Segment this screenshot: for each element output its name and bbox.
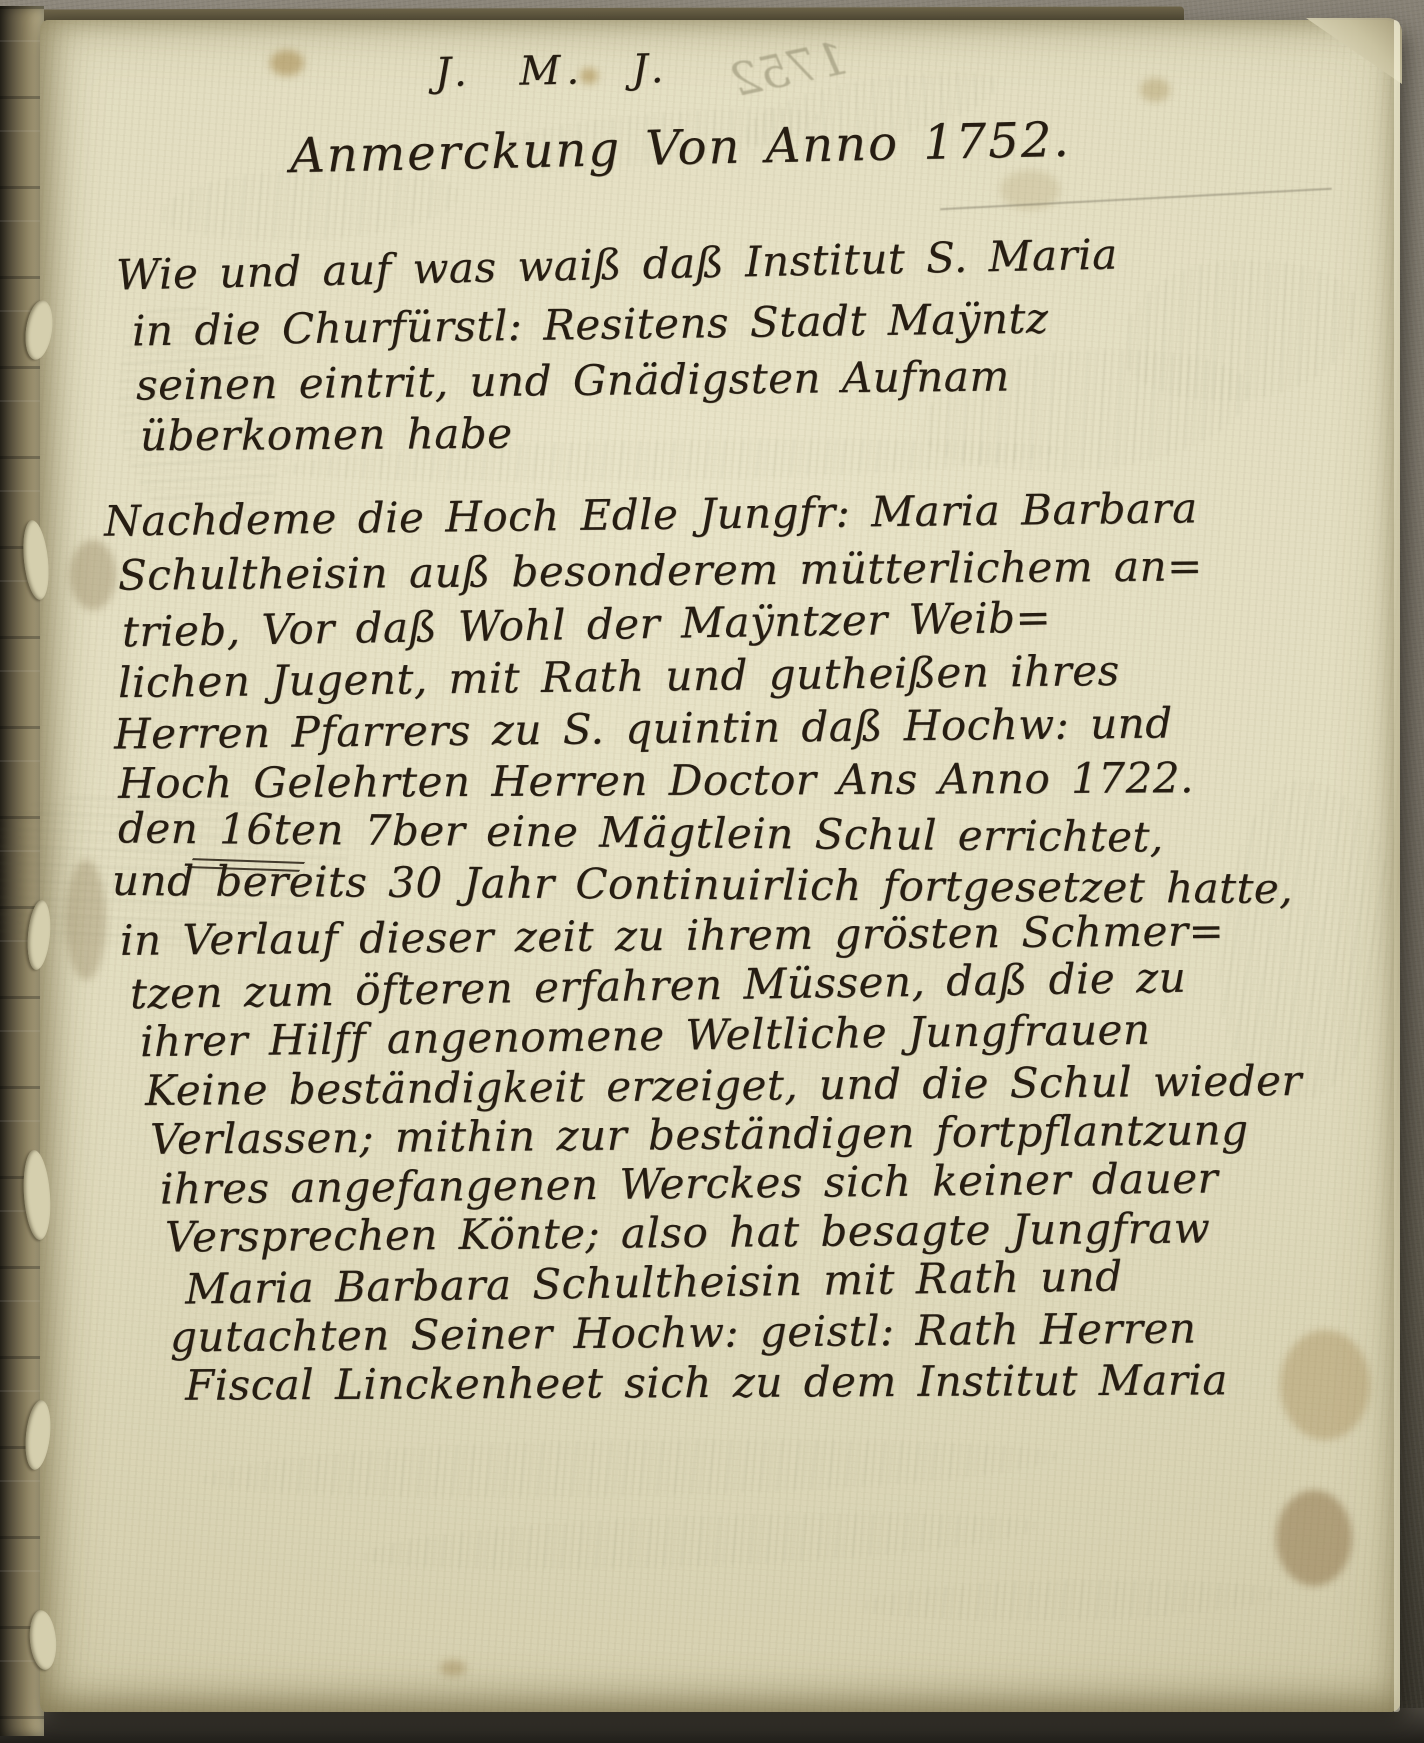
ink-stain <box>1276 1490 1352 1586</box>
manuscript-page: 1752 J. M. J. Anmerckung Von Anno 1752. … <box>40 20 1400 1712</box>
ink-stain <box>440 1660 466 1676</box>
manuscript-line: den 16ten 7ber eine Mägtlein Schul erric… <box>118 803 1164 861</box>
manuscript-line: gutachten Seiner Hochw: geistl: Rath Her… <box>170 1304 1197 1362</box>
ink-stain <box>66 860 106 980</box>
manuscript-line: Fiscal Linckenheet sich zu dem Institut … <box>185 1355 1228 1409</box>
ink-stain <box>270 50 304 76</box>
manuscript-line: überkomen habe <box>140 409 513 461</box>
page-edge-highlight <box>1394 20 1400 1712</box>
ink-stain <box>1280 1330 1370 1440</box>
table-shadow <box>0 1708 1424 1743</box>
ink-stain <box>70 540 116 610</box>
invocation-header: J. M. J. <box>435 46 670 96</box>
manuscript-line: Hoch Gelehrten Herren Doctor Ans Anno 17… <box>118 753 1194 808</box>
ink-stain <box>1140 78 1170 102</box>
manuscript-line: Schultheisin auß besonderem mütterlichem… <box>118 541 1203 599</box>
manuscript-line: seinen eintrit, und Gnädigsten Aufnam <box>136 351 1010 409</box>
photo-of-manuscript: { "photo": { "description": "Aged handwr… <box>0 0 1424 1743</box>
